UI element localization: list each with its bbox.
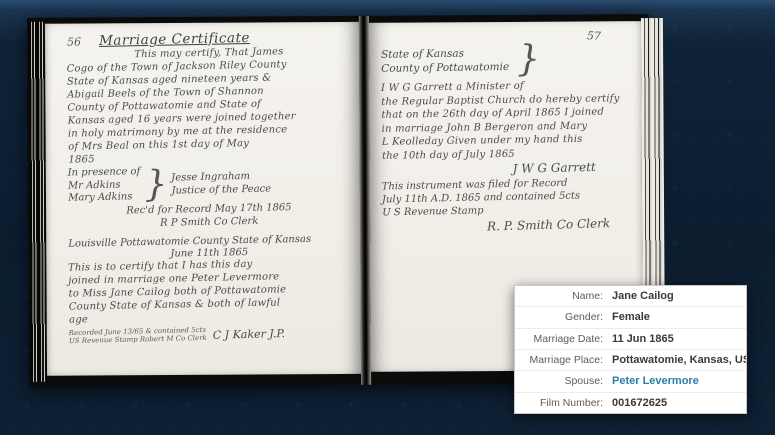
witness-names: In presence of Mr Adkins Mary Adkins	[68, 166, 141, 205]
detail-row-marriage-place: Marriage Place: Pottawatomie, Kansas, US…	[515, 349, 746, 370]
detail-value-marriage-place: Pottawatomie, Kansas, USA	[612, 354, 746, 366]
detail-row-name: Name: Jane Cailog	[515, 286, 746, 306]
certificate-body: This may certify, That James Cogo of the…	[66, 44, 350, 167]
officiant-signature: Jesse Ingraham Justice of the Peace	[171, 169, 271, 197]
detail-label: Gender:	[515, 311, 603, 323]
spouse-link[interactable]: Peter Levermore	[612, 375, 699, 387]
detail-value-name: Jane Cailog	[612, 290, 674, 302]
record-details-panel: Name: Jane Cailog Gender: Female Marriag…	[514, 285, 747, 414]
detail-value-film-number: 001672625	[612, 397, 667, 409]
witness-block: In presence of Mr Adkins Mary Adkins } J…	[68, 162, 351, 205]
state-county-header: State of Kansas County of Pottawatomie }	[381, 40, 630, 80]
detail-value-marriage-date: 11 Jun 1865	[612, 333, 674, 345]
detail-value-gender: Female	[612, 311, 650, 323]
second-certificate-body: This is to certify that I has this day j…	[68, 255, 351, 326]
detail-label: Film Number:	[515, 397, 603, 409]
brace-glyph: }	[144, 166, 168, 202]
state-county-lines: State of Kansas County of Pottawatomie	[381, 46, 509, 76]
detail-label: Name:	[515, 290, 603, 302]
detail-row-gender: Gender: Female	[515, 306, 746, 327]
filing-note: This instrument was filed for Record Jul…	[382, 175, 631, 219]
detail-label: Spouse:	[515, 375, 603, 387]
detail-row-spouse: Spouse: Peter Levermore	[515, 370, 746, 391]
page-number-left: 56	[67, 35, 81, 48]
detail-row-film-number: Film Number: 001672625	[515, 392, 746, 413]
brace-glyph: }	[517, 41, 540, 77]
detail-row-marriage-date: Marriage Date: 11 Jun 1865	[515, 328, 746, 349]
justice-signature: C J Kaker J.P.	[213, 327, 286, 342]
minister-certificate-body: I W G Garrett a Minister of the Regular …	[381, 78, 630, 163]
image-viewer-background: 56 Marriage Certificate This may certify…	[0, 0, 775, 435]
footnote-recording-note: Recorded June 13/65 & contained 5cts US …	[69, 325, 207, 344]
detail-label: Marriage Date:	[515, 333, 603, 345]
register-page-left: 56 Marriage Certificate This may certify…	[45, 22, 361, 376]
detail-label: Marriage Place:	[515, 354, 603, 366]
recording-note: Rec'd for Record May 17th 1865 R P Smith…	[68, 199, 350, 231]
